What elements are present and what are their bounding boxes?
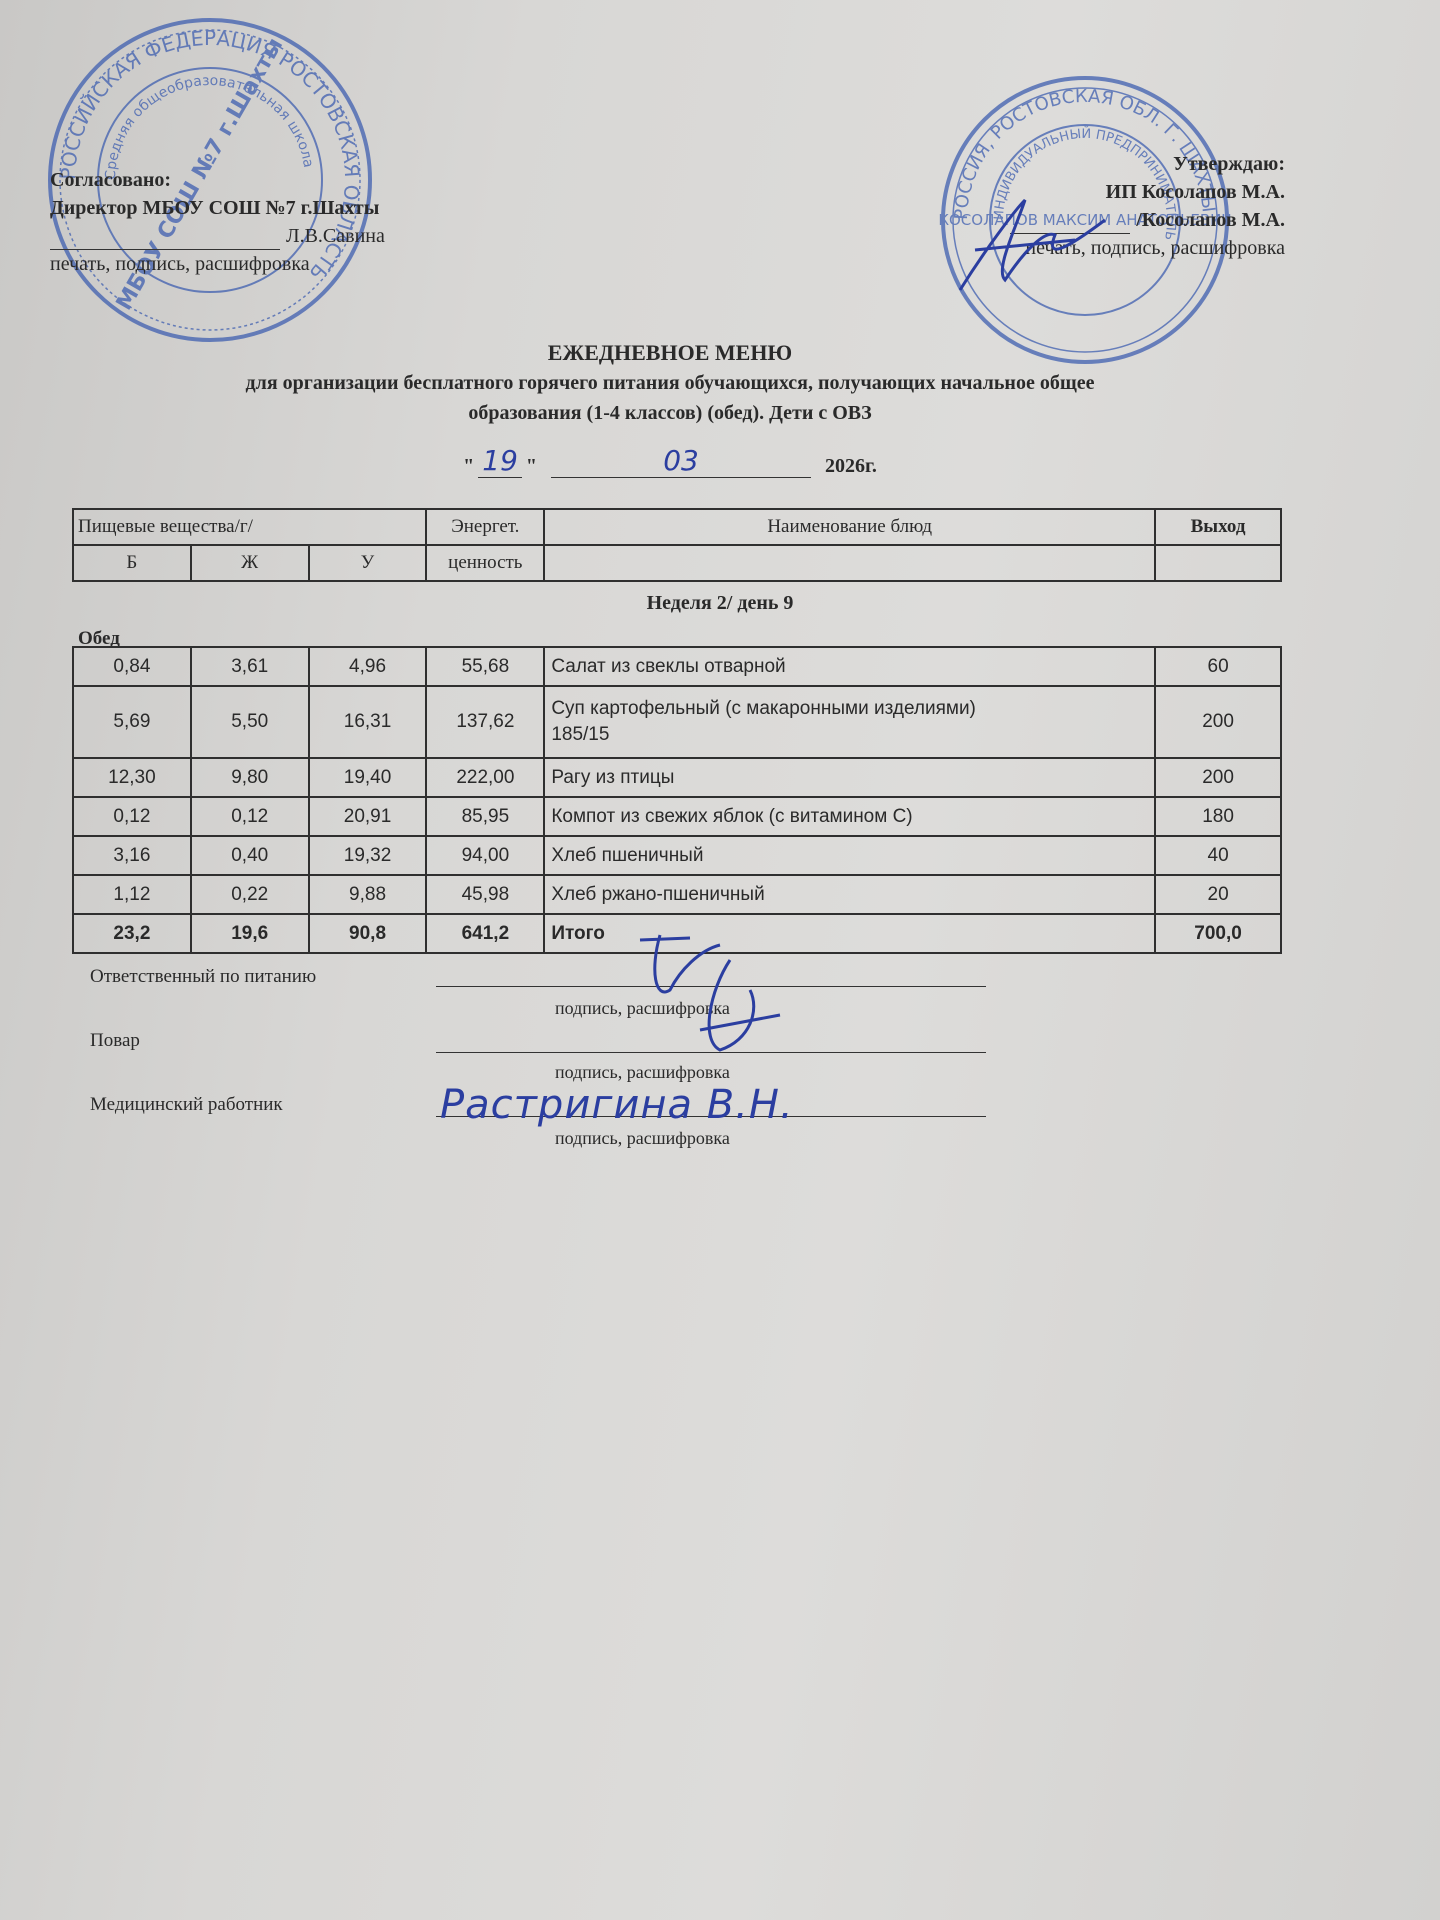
table-row: 0,843,614,9655,68Салат из свеклы отварно… [73,647,1281,686]
document-page: РОССИЙСКАЯ ФЕДЕРАЦИЯ РОСТОВСКАЯ ОБЛАСТЬ … [0,0,1440,1920]
signature-role-medical: Медицинский работник [90,1094,283,1116]
header-nutrients: Пищевые вещества/г/ [73,509,426,545]
menu-header-table: Пищевые вещества/г/ Энергет. Наименовани… [72,508,1282,582]
fat-cell: 19,6 [191,914,309,953]
signature-caption: подпись, расшифровка [555,1128,730,1149]
document-date: "19" 03 2026г. [0,444,1340,478]
signature-role-cook: Повар [90,1030,140,1052]
dish-name-cell: Суп картофельный (с макаронными изделиям… [544,686,1155,758]
table-row: 5,695,5016,31137,62Суп картофельный (с м… [73,686,1281,758]
signature-handwritten-medical: Растригина В.Н. [440,1082,794,1128]
approval-right: Утверждаю: ИП Косолапов М.А. /Косолапов … [925,150,1285,262]
signature-line [1010,209,1130,234]
svg-text:Средняя общеобразовательная шк: Средняя общеобразовательная школа [103,73,316,180]
menu-table: 0,843,614,9655,68Салат из свеклы отварно… [72,646,1282,954]
header-energy: Энергет. [426,509,544,545]
table-row: 3,160,4019,3294,00Хлеб пшеничный40 [73,836,1281,875]
header-output: Выход [1155,509,1281,545]
energy-cell: 137,62 [426,686,544,758]
energy-cell: 85,95 [426,797,544,836]
carbs-cell: 9,88 [309,875,427,914]
signature-line [436,986,986,987]
table-row: 12,309,8019,40222,00Рагу из птицы200 [73,758,1281,797]
header-carbs: У [309,545,427,581]
dish-name-cell: Салат из свеклы отварной [544,647,1155,686]
header-dish-name: Наименование блюд [544,509,1155,545]
document-subtitle-line1: для организации бесплатного горячего пит… [0,372,1340,395]
dish-name: Салат из свеклы отварной [551,654,1148,680]
document-title: ЕЖЕДНЕВНОЕ МЕНЮ [0,340,1340,366]
protein-cell: 5,69 [73,686,191,758]
header-empty [1155,545,1281,581]
carbs-cell: 90,8 [309,914,427,953]
dish-portion: 185/15 [551,722,1148,748]
table-row: 0,120,1220,9185,95Компот из свежих яблок… [73,797,1281,836]
header-protein: Б [73,545,191,581]
dish-name: Итого [551,921,1148,947]
dish-name: Рагу из птицы [551,765,1148,791]
dish-name-cell: Компот из свежих яблок (с витамином С) [544,797,1155,836]
dish-name-cell: Рагу из птицы [544,758,1155,797]
protein-cell: 3,16 [73,836,191,875]
protein-cell: 0,12 [73,797,191,836]
approval-left-position: Директор МБОУ СОШ №7 г.Шахты [50,194,385,222]
week-label: Неделя 2/ день 9 [0,592,1440,615]
protein-cell: 0,84 [73,647,191,686]
dish-name: Компот из свежих яблок (с витамином С) [551,804,1148,830]
approval-left: Согласовано: Директор МБОУ СОШ №7 г.Шахт… [50,166,385,278]
approval-left-label: Согласовано: [50,166,385,194]
header-energy-value: ценность [426,545,544,581]
signature-caption: подпись, расшифровка [555,1062,730,1083]
dish-name: Хлеб пшеничный [551,843,1148,869]
protein-cell: 23,2 [73,914,191,953]
dish-name: Суп картофельный (с макаронными изделиям… [551,696,1148,722]
output-cell: 60 [1155,647,1281,686]
output-cell: 20 [1155,875,1281,914]
dish-name: Хлеб ржано-пшеничный [551,882,1148,908]
output-cell: 180 [1155,797,1281,836]
dish-name-cell: Хлеб ржано-пшеничный [544,875,1155,914]
dish-name-cell: Хлеб пшеничный [544,836,1155,875]
date-month: 03 [551,444,811,478]
date-day: 19 [478,444,522,478]
approval-left-name: Л.В.Савина [286,222,385,250]
carbs-cell: 19,32 [309,836,427,875]
output-cell: 700,0 [1155,914,1281,953]
output-cell: 200 [1155,686,1281,758]
header-fat: Ж [191,545,309,581]
signature-line [436,1116,986,1117]
fat-cell: 0,40 [191,836,309,875]
signature-caption: подпись, расшифровка [555,998,730,1019]
energy-cell: 45,98 [426,875,544,914]
fat-cell: 0,12 [191,797,309,836]
document-subtitle-line2: образования (1-4 классов) (обед). Дети с… [0,402,1340,425]
fat-cell: 5,50 [191,686,309,758]
energy-cell: 94,00 [426,836,544,875]
energy-cell: 55,68 [426,647,544,686]
fat-cell: 9,80 [191,758,309,797]
approval-right-caption: печать, подпись, расшифровка [925,234,1285,262]
signature-line [50,225,280,250]
protein-cell: 1,12 [73,875,191,914]
output-cell: 40 [1155,836,1281,875]
header-empty [544,545,1155,581]
carbs-cell: 16,31 [309,686,427,758]
carbs-cell: 19,40 [309,758,427,797]
dish-name-cell: Итого [544,914,1155,953]
protein-cell: 12,30 [73,758,191,797]
carbs-cell: 4,96 [309,647,427,686]
signature-role-nutrition: Ответственный по питанию [90,966,316,988]
approval-left-caption: печать, подпись, расшифровка [50,250,385,278]
date-year: 2026г. [825,455,877,478]
energy-cell: 222,00 [426,758,544,797]
output-cell: 200 [1155,758,1281,797]
approval-right-position: ИП Косолапов М.А. [925,178,1285,206]
fat-cell: 3,61 [191,647,309,686]
table-row: 1,120,229,8845,98Хлеб ржано-пшеничный20 [73,875,1281,914]
carbs-cell: 20,91 [309,797,427,836]
total-row: 23,219,690,8641,2Итого700,0 [73,914,1281,953]
fat-cell: 0,22 [191,875,309,914]
energy-cell: 641,2 [426,914,544,953]
approval-right-name: /Косолапов М.А. [1136,206,1285,234]
approval-right-label: Утверждаю: [925,150,1285,178]
signature-line [436,1052,986,1053]
